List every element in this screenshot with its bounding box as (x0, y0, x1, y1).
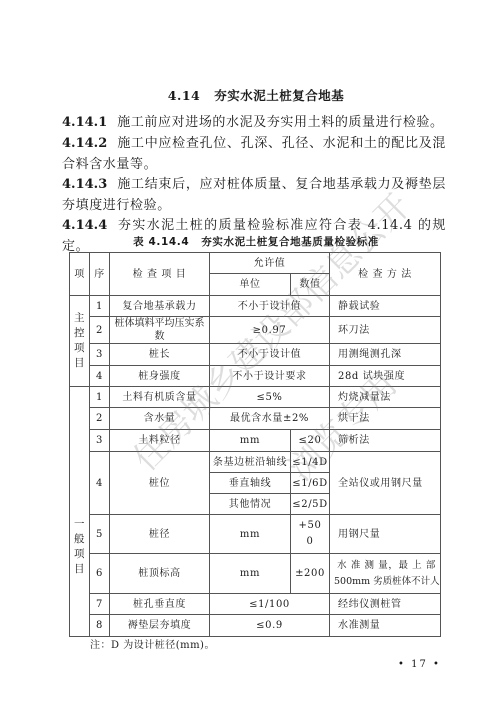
cell-allowed: ≤0.9 (210, 615, 330, 637)
cell-method: 水 准 测 量，最 上 部 500mm 劣质桩体不计人 (330, 554, 441, 594)
clause-number: 4.14.3 (62, 177, 107, 192)
cell-method: 用钢尺量 (330, 515, 441, 554)
cell-method: 全站仪或用钢尺量 (330, 452, 441, 515)
document-page: 4.14夯实水泥土桩复合地基 4.14.1施工前应对进场的水泥及夯实用土料的质量… (0, 0, 500, 725)
cell-allowed: 最优含水量±2% (210, 408, 330, 430)
table-row: 主控项目 1 复合地基承载力 不小于设计值 静载试验 (70, 296, 441, 317)
cell-method: 筛析法 (330, 430, 441, 452)
cell-value-tolerance: +50 0 (291, 515, 330, 554)
cell-item: 桩孔垂直度 (110, 594, 210, 615)
tolerance-upper: +50 (291, 518, 329, 534)
cell-seq: 4 (90, 452, 110, 515)
header-value: 数值 (291, 274, 330, 296)
cell-seq: 5 (90, 515, 110, 554)
clause-text: 施工结束后，应对桩体质量、复合地基承载力及褥垫层夯填度进行检验。 (62, 177, 446, 213)
cell-item: 桩径 (110, 515, 210, 554)
cell-item: 土料有机质含量 (110, 387, 210, 408)
cell-allowed: 不小于设计值 (210, 296, 330, 317)
cell-seq: 6 (90, 554, 110, 594)
group-main-control: 主控项目 (70, 296, 90, 387)
clause-4-14-3: 4.14.3施工结束后，应对桩体质量、复合地基承载力及褥垫层夯填度进行检验。 (62, 175, 446, 217)
cell-condition: 垂直轴线 (210, 473, 291, 494)
cell-method: 用测绳测孔深 (330, 344, 441, 366)
header-row: 项 序 检 查 项 目 允许值 检 查 方 法 (70, 253, 441, 274)
header-item: 检 查 项 目 (110, 253, 210, 296)
method-line: 500mm 劣质桩体不计人 (334, 574, 440, 590)
table-caption: 表 4.14.4夯实水泥土桩复合地基质量检验标准 (0, 234, 500, 249)
cell-allowed: 不小于设计值 (210, 344, 330, 366)
cell-value: ≤20 (291, 430, 330, 452)
quality-inspection-table: 项 序 检 查 项 目 允许值 检 查 方 法 单位 数值 主控项目 1 复合地… (69, 252, 441, 637)
clause-number: 4.14.2 (62, 136, 107, 151)
clause-number: 4.14.1 (62, 115, 107, 130)
tolerance-lower: 0 (291, 534, 329, 550)
cell-item: 桩体填料平均压实系数 (110, 317, 210, 344)
cell-unit: mm (210, 430, 291, 452)
section-title: 夯实水泥土桩复合地基 (214, 88, 344, 103)
cell-method: 灼烧减量法 (330, 387, 441, 408)
cell-item: 桩位 (110, 452, 210, 515)
cell-method: 水准测量 (330, 615, 441, 637)
table-row: 4 桩位 条基边桩沿轴线 ≤1/4D 全站仪或用钢尺量 (70, 452, 441, 473)
method-line: 水 准 测 量，最 上 部 (334, 558, 440, 574)
table-note: 注：D 为设计桩径(mm)。 (90, 636, 215, 651)
cell-seq: 2 (90, 408, 110, 430)
cell-item: 含水量 (110, 408, 210, 430)
cell-value: ≤1/6D (291, 473, 330, 494)
cell-item: 复合地基承载力 (110, 296, 210, 317)
cell-seq: 1 (90, 387, 110, 408)
cell-allowed: 不小于设计要求 (210, 366, 330, 387)
cell-item: 土料粒径 (110, 430, 210, 452)
cell-allowed: ≤1/100 (210, 594, 330, 615)
cell-method: 烘干法 (330, 408, 441, 430)
clause-4-14-1: 4.14.1施工前应对进场的水泥及夯实用土料的质量进行检验。 (62, 113, 446, 134)
cell-method: 静载试验 (330, 296, 441, 317)
table-row: 一般项目 1 土料有机质含量 ≤5% 灼烧减量法 (70, 387, 441, 408)
header-allowed: 允许值 (210, 253, 330, 274)
cell-method: 环刀法 (330, 317, 441, 344)
cell-seq: 2 (90, 317, 110, 344)
table-row: 3 桩长 不小于设计值 用测绳测孔深 (70, 344, 441, 366)
cell-method: 经纬仪测桩管 (330, 594, 441, 615)
cell-item: 桩身强度 (110, 366, 210, 387)
table-row: 8 褥垫层夯填度 ≤0.9 水准测量 (70, 615, 441, 637)
cell-seq: 4 (90, 366, 110, 387)
cell-allowed: ≥0.97 (210, 317, 330, 344)
section-heading: 4.14夯实水泥土桩复合地基 (0, 86, 500, 104)
cell-condition: 其他情况 (210, 494, 291, 515)
group-label: 一般项目 (74, 517, 86, 577)
cell-condition: 条基边桩沿轴线 (210, 452, 291, 473)
table-row: 7 桩孔垂直度 ≤1/100 经纬仪测桩管 (70, 594, 441, 615)
cell-unit: mm (210, 515, 291, 554)
table-row: 2 含水量 最优含水量±2% 烘干法 (70, 408, 441, 430)
cell-seq: 8 (90, 615, 110, 637)
header-unit: 单位 (210, 274, 291, 296)
cell-item: 褥垫层夯填度 (110, 615, 210, 637)
clause-text: 施工中应检查孔位、孔深、孔径、水泥和土的配比及混合料含水量等。 (62, 136, 446, 172)
header-method: 检 查 方 法 (330, 253, 441, 296)
table-row: 5 桩径 mm +50 0 用钢尺量 (70, 515, 441, 554)
table-row: 2 桩体填料平均压实系数 ≥0.97 环刀法 (70, 317, 441, 344)
clause-4-14-2: 4.14.2施工中应检查孔位、孔深、孔径、水泥和土的配比及混合料含水量等。 (62, 134, 446, 176)
header-seq: 序 (90, 253, 110, 296)
cell-value: ≤2/5D (291, 494, 330, 515)
page-number: • 17 • (398, 659, 441, 670)
cell-item: 桩顶标高 (110, 554, 210, 594)
clause-number: 4.14.4 (62, 218, 107, 233)
table-number: 表 4.14.4 (133, 236, 189, 248)
cell-seq: 3 (90, 430, 110, 452)
table-row: 4 桩身强度 不小于设计要求 28d 试块强度 (70, 366, 441, 387)
group-label: 主控项目 (74, 311, 86, 371)
cell-seq: 7 (90, 594, 110, 615)
group-general: 一般项目 (70, 387, 90, 637)
cell-value: ±200 (291, 554, 330, 594)
table-row: 3 土料粒径 mm ≤20 筛析法 (70, 430, 441, 452)
cell-unit: mm (210, 554, 291, 594)
section-number: 4.14 (168, 88, 200, 103)
table-row: 6 桩顶标高 mm ±200 水 准 测 量，最 上 部 500mm 劣质桩体不… (70, 554, 441, 594)
clause-text: 施工前应对进场的水泥及夯实用土料的质量进行检验。 (117, 115, 443, 130)
table-title: 夯实水泥土桩复合地基质量检验标准 (201, 236, 379, 248)
cell-value: ≤1/4D (291, 452, 330, 473)
cell-seq: 1 (90, 296, 110, 317)
cell-seq: 3 (90, 344, 110, 366)
cell-method: 28d 试块强度 (330, 366, 441, 387)
cell-allowed: ≤5% (210, 387, 330, 408)
cell-item: 桩长 (110, 344, 210, 366)
header-category: 项 (70, 253, 90, 296)
